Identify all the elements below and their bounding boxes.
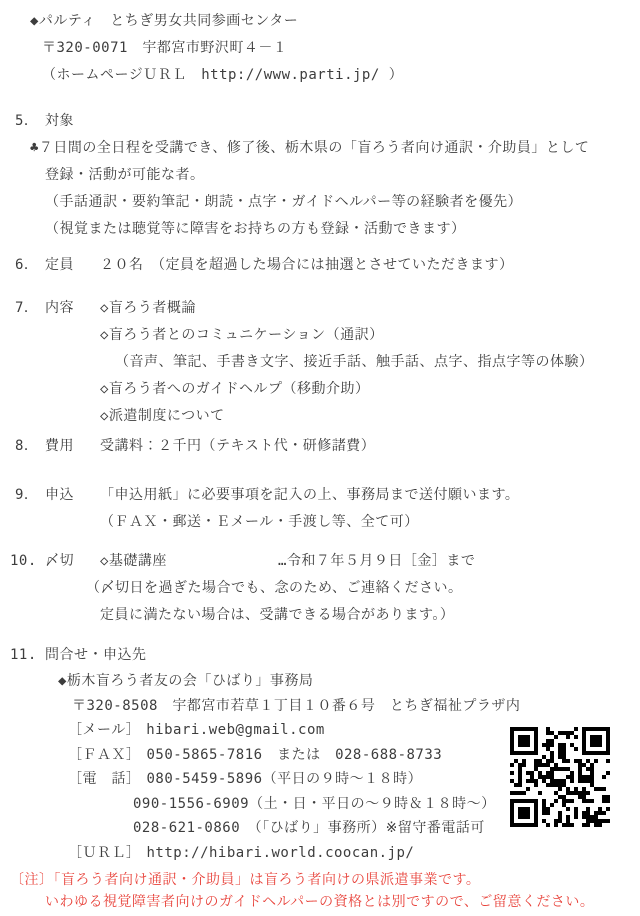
section-number: 8． xyxy=(15,433,45,460)
application-line: （ＦＡＸ・郵送・Ｅメール・手渡し等、全て可） xyxy=(0,509,640,536)
email-label: ［メール］ xyxy=(68,722,140,738)
email-value: hibari.web@gmail.com xyxy=(146,722,325,738)
section-number: 7． xyxy=(15,295,45,322)
contents-item: ◇盲ろう者とのコミュニケーション（通訳） xyxy=(0,322,640,349)
deadline-date: …令和７年５月９日［金］まで xyxy=(278,553,475,569)
target-line: （視覚または聴覚等に障害をお持ちの方も登録・活動できます） xyxy=(0,216,640,243)
capacity-value: ２０名 （定員を超過した場合には抽選とさせていただきます） xyxy=(100,257,514,273)
target-line: ♣７日間の全日程を受講でき、修了後、栃木県の「盲ろう者向け通訳・介助員」として xyxy=(0,135,640,162)
section-capacity-header: 6．定員２０名 （定員を超過した場合には抽選とさせていただきます） xyxy=(0,252,640,279)
contact-url-row: ［ＵＲＬ］http://hibari.world.coocan.jp/ xyxy=(0,841,640,866)
fax-value: 050-5865-7816 または 028-688-8733 xyxy=(147,747,443,763)
section-contents-header: 7．内容◇盲ろう者概論 xyxy=(0,295,640,322)
url-label: ［ＵＲＬ］ xyxy=(68,845,141,861)
section-title: 〆切 xyxy=(45,548,100,575)
target-line: （手話通訳・要約筆記・朗読・点字・ガイドヘルパー等の経験者を優先） xyxy=(0,189,640,216)
venue-homepage-url: （ホームページＵＲＬ http://www.parti.jp/ ） xyxy=(0,62,640,89)
deadline-note: 定員に満たない場合は、受講できる場合があります。） xyxy=(0,602,640,629)
venue-postal-address: 〒320-0071 宇都宮市野沢町４－１ xyxy=(0,35,640,62)
tel-label: ［電 話］ xyxy=(68,771,141,787)
section-application: 9．申込「申込用紙」に必要事項を記入の上、事務局まで送付願います。 （ＦＡＸ・郵… xyxy=(0,482,640,536)
section-application-header: 9．申込「申込用紙」に必要事項を記入の上、事務局まで送付願います。 xyxy=(0,482,640,509)
section-contents: 7．内容◇盲ろう者概論 ◇盲ろう者とのコミュニケーション（通訳） （音声、筆記、… xyxy=(0,295,640,430)
footnote: 〔注〕「盲ろう者向け通訳・介助員」は盲ろう者向けの県派遣事業です。 いわゆる視覚… xyxy=(0,869,640,913)
footnote-line: 〔注〕「盲ろう者向け通訳・介助員」は盲ろう者向けの県派遣事業です。 xyxy=(0,869,640,891)
deadline-note: （〆切日を過ぎた場合でも、念のため、ご連絡ください。 xyxy=(0,575,640,602)
section-fee: 8．費用受講料：２千円（テキスト代・研修諸費） xyxy=(0,433,640,460)
section-title: 費用 xyxy=(45,433,100,460)
fee-value: 受講料：２千円（テキスト代・研修諸費） xyxy=(100,438,375,454)
contact-org: ◆栃木盲ろう者友の会「ひばり」事務局 xyxy=(0,669,640,694)
section-number: 11. xyxy=(10,642,45,669)
fax-label: ［ＦＡＸ］ xyxy=(68,747,141,763)
contents-item: ◇盲ろう者概論 xyxy=(100,300,196,316)
application-line: 「申込用紙」に必要事項を記入の上、事務局まで送付願います。 xyxy=(100,487,519,503)
section-title: 問合せ・申込先 xyxy=(45,647,147,663)
section-deadline: 10.〆切◇基礎講座…令和７年５月９日［金］まで （〆切日を過ぎた場合でも、念の… xyxy=(0,548,640,629)
section-deadline-header: 10.〆切◇基礎講座…令和７年５月９日［金］まで xyxy=(0,548,640,575)
document-page: ◆パルティ とちぎ男女共同参画センター 〒320-0071 宇都宮市野沢町４－１… xyxy=(0,0,640,916)
tel-value: 080-5459-5896（平日の９時～１８時） xyxy=(147,771,423,787)
section-number: 5． xyxy=(15,108,45,135)
section-contact-header: 11.問合せ・申込先 xyxy=(0,642,640,669)
section-target-header: 5．対象 xyxy=(0,108,640,135)
section-title: 対象 xyxy=(45,108,100,135)
section-fee-header: 8．費用受講料：２千円（テキスト代・研修諸費） xyxy=(0,433,640,460)
target-line: 登録・活動が可能な者。 xyxy=(0,162,640,189)
section-title: 内容 xyxy=(45,295,100,322)
venue-name: ◆パルティ とちぎ男女共同参画センター xyxy=(0,8,640,35)
contents-item-detail: （音声、筆記、手書き文字、接近手話、触手話、点字、指点字等の体験） xyxy=(0,349,640,376)
section-capacity: 6．定員２０名 （定員を超過した場合には抽選とさせていただきます） xyxy=(0,252,640,279)
deadline-course: ◇基礎講座 xyxy=(100,548,278,575)
section-title: 定員 xyxy=(45,252,100,279)
contents-item: ◇派遣制度について xyxy=(0,403,640,430)
section-title: 申込 xyxy=(45,482,100,509)
qr-code xyxy=(510,727,610,827)
section-number: 9． xyxy=(15,482,45,509)
section-target: 5．対象 ♣７日間の全日程を受講でき、修了後、栃木県の「盲ろう者向け通訳・介助員… xyxy=(0,108,640,243)
contact-address: 〒320-8508 宇都宮市若草１丁目１０番６号 とちぎ福祉プラザ内 xyxy=(0,694,640,719)
section-number: 10. xyxy=(10,548,45,575)
footnote-line: いわゆる視覚障害者向けのガイドヘルパーの資格とは別ですので、ご留意ください。 xyxy=(0,891,640,913)
url-value: http://hibari.world.coocan.jp/ xyxy=(147,845,415,861)
venue-block: ◆パルティ とちぎ男女共同参画センター 〒320-0071 宇都宮市野沢町４－１… xyxy=(0,0,640,89)
section-number: 6． xyxy=(15,252,45,279)
contents-item: ◇盲ろう者へのガイドヘルプ（移動介助） xyxy=(0,376,640,403)
